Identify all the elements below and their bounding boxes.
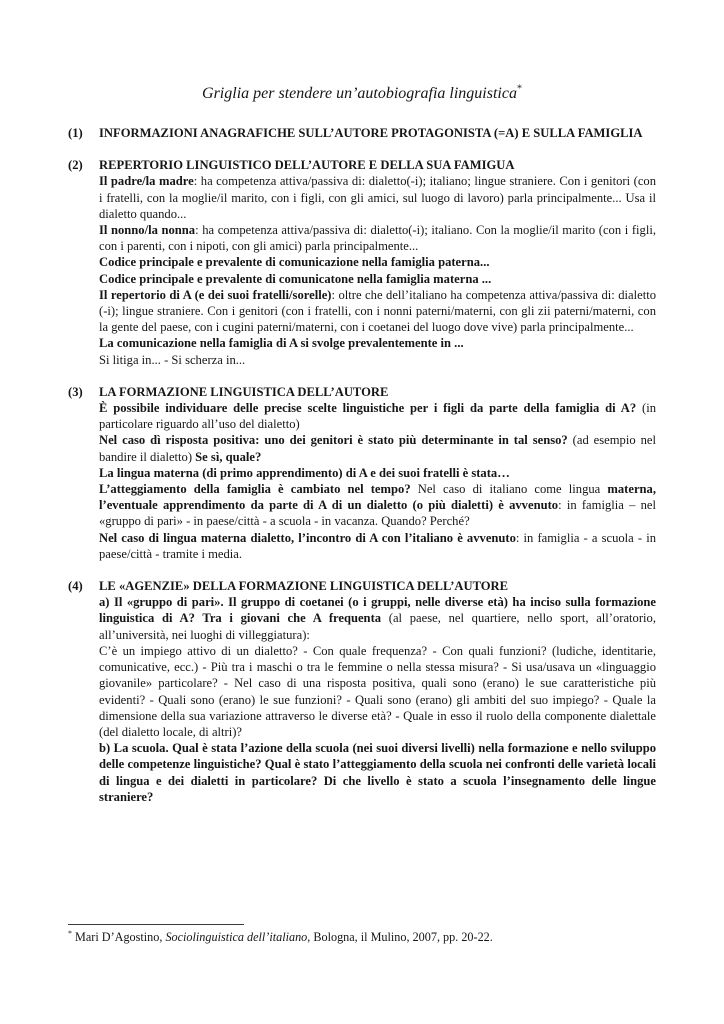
- section-paragraph: È possibile individuare delle precise sc…: [99, 400, 656, 432]
- section-paragraph: Il padre/la madre: ha competenza attiva/…: [99, 173, 656, 222]
- text-run: Codice principale e prevalente di comuni…: [99, 255, 490, 269]
- section-1: (1)INFORMAZIONI ANAGRAFICHE SULL’AUTORE …: [68, 125, 656, 141]
- section-paragraph: Il nonno/la nonna: ha competenza attiva/…: [99, 222, 656, 254]
- section-paragraph: b) La scuola. Qual è stata l’azione dell…: [99, 740, 656, 805]
- section-paragraph: Si litiga in... - Si scherza in...: [99, 352, 656, 368]
- footnote: * Mari D’Agostino, Sociolinguistica dell…: [68, 924, 656, 946]
- text-run: Nel caso di italiano come lingua: [411, 482, 608, 496]
- section-paragraph: Il repertorio di A (e dei suoi fratelli/…: [99, 287, 656, 336]
- section-body: LA FORMAZIONE LINGUISTICA DELL’AUTOREÈ p…: [99, 384, 656, 562]
- text-run: L’atteggiamento della famiglia è cambiat…: [99, 482, 411, 496]
- text-run: b) La scuola. Qual è stata l’azione dell…: [99, 741, 656, 804]
- text-run: Si litiga in... - Si scherza in...: [99, 353, 245, 367]
- section-number: (1): [68, 125, 99, 141]
- section-heading: REPERTORIO LINGUISTICO DELL’AUTORE E DEL…: [99, 157, 656, 173]
- text-run: È possibile individuare delle precise sc…: [99, 401, 636, 415]
- section-number: (3): [68, 384, 99, 562]
- text-run: Il padre/la madre: [99, 174, 194, 188]
- text-run: Il nonno/la nonna: [99, 223, 195, 237]
- text-run: La lingua materna (di primo apprendiment…: [99, 466, 510, 480]
- section-paragraph: Nel caso di lingua materna dialetto, l’i…: [99, 530, 656, 562]
- section-paragraph: L’atteggiamento della famiglia è cambiat…: [99, 481, 656, 530]
- footnote-text: * Mari D’Agostino, Sociolinguistica dell…: [68, 930, 656, 946]
- text-run: Il repertorio di A (e dei suoi fratelli/…: [99, 288, 331, 302]
- section-heading: LA FORMAZIONE LINGUISTICA DELL’AUTORE: [99, 384, 656, 400]
- text-run: C’è un impiego attivo di un dialetto? - …: [99, 644, 656, 739]
- section-number: (4): [68, 578, 99, 805]
- text-run: Se sì, quale?: [195, 450, 261, 464]
- section-paragraph: Codice principale e prevalente di comuni…: [99, 254, 656, 270]
- section-paragraph: a) Il «gruppo di pari». Il gruppo di coe…: [99, 594, 656, 643]
- text-run: , Bologna, il Mulino, 2007, pp. 20-22.: [307, 930, 493, 944]
- document-title: Griglia per stendere un’autobiografia li…: [68, 84, 656, 104]
- section-body: REPERTORIO LINGUISTICO DELL’AUTORE E DEL…: [99, 157, 656, 368]
- section-4: (4)LE «AGENZIE» DELLA FORMAZIONE LINGUIS…: [68, 578, 656, 805]
- text-run: Codice principale e prevalente di comuni…: [99, 272, 491, 286]
- title-footnote-marker: *: [517, 84, 522, 95]
- section-paragraph: La comunicazione nella famiglia di A si …: [99, 335, 656, 351]
- section-paragraph: Codice principale e prevalente di comuni…: [99, 271, 656, 287]
- section-2: (2)REPERTORIO LINGUISTICO DELL’AUTORE E …: [68, 157, 656, 368]
- section-heading: LE «AGENZIE» DELLA FORMAZIONE LINGUISTIC…: [99, 578, 656, 594]
- section-heading: INFORMAZIONI ANAGRAFICHE SULL’AUTORE PRO…: [99, 125, 656, 141]
- text-run: Nel caso di lingua materna dialetto, l’i…: [99, 531, 516, 545]
- document-title-text: Griglia per stendere un’autobiografia li…: [202, 85, 517, 102]
- section-3: (3)LA FORMAZIONE LINGUISTICA DELL’AUTORE…: [68, 384, 656, 562]
- section-paragraph: C’è un impiego attivo di un dialetto? - …: [99, 643, 656, 740]
- section-paragraph: Nel caso dì risposta positiva: uno dei g…: [99, 432, 656, 464]
- text-run: Mari D’Agostino,: [72, 930, 165, 944]
- document-page: Griglia per stendere un’autobiografia li…: [0, 0, 724, 1024]
- text-run: Nel caso dì risposta positiva: uno dei g…: [99, 433, 568, 447]
- section-paragraph: La lingua materna (di primo apprendiment…: [99, 465, 656, 481]
- sections-container: (1)INFORMAZIONI ANAGRAFICHE SULL’AUTORE …: [68, 125, 656, 805]
- section-number: (2): [68, 157, 99, 368]
- section-body: LE «AGENZIE» DELLA FORMAZIONE LINGUISTIC…: [99, 578, 656, 805]
- section-body: INFORMAZIONI ANAGRAFICHE SULL’AUTORE PRO…: [99, 125, 656, 141]
- text-run: La comunicazione nella famiglia di A si …: [99, 336, 464, 350]
- footnote-separator-rule: [68, 924, 244, 925]
- text-run: Sociolinguistica dell’italiano: [165, 930, 307, 944]
